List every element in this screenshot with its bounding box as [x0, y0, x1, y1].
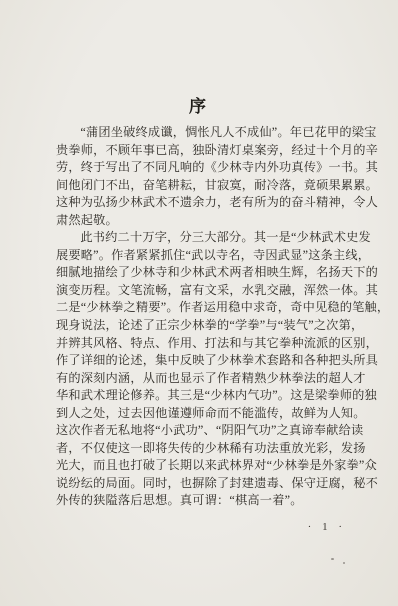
- scan-speck: [343, 562, 345, 564]
- text-line: 到人之处，过去因他谨遵师命而不能滥传，故鲜为人知。: [56, 405, 346, 423]
- text-line: 肃然起敬。: [56, 212, 346, 230]
- text-line: 细腻地描绘了少林寺和少林武术两者相映生辉，名扬天下的: [56, 264, 346, 282]
- scan-speck: [229, 233, 231, 235]
- text-line: 二是“少林拳之精要”。作者运用稳中求奇，奇中见稳的笔触，: [56, 299, 346, 317]
- text-line: 光大，而且也打破了长期以来武林界对“少林拳是外家拳”众: [56, 457, 346, 475]
- paragraph: 此书约二十万字，分三大部分。其一是“少林武术史发展要略”。作者紧紧抓住“武以寺名…: [56, 229, 346, 510]
- text-line: 有的深刻内涵，从而也显示了作者精熟少林拳法的超人才: [56, 370, 346, 388]
- text-line: 间他闭门不出，奋笔耕耘，甘寂寞，耐冷落，竟硕果累累。: [56, 177, 346, 195]
- text-line: 者，不仅使这一即将失传的少林稀有功法重放光彩，发扬: [56, 440, 346, 458]
- paragraph: “蒲团坐破终成谶，惆怅凡人不成仙”。年已花甲的梁宝贵拳师，不顾年事已高，独卧清灯…: [56, 124, 346, 229]
- text-line: 说纷纭的局面。同时，也摒除了封建遗毒、保守迂腐，秘不: [56, 475, 346, 493]
- text-line: 劳，终于写出了不同凡响的《少林寺内外功真传》一书。其: [56, 159, 346, 177]
- text-line: 并辨其风格、特点、作用、打法和与其它拳种流派的区别，: [56, 335, 346, 353]
- page-title: 序: [0, 92, 398, 117]
- text-line: “蒲团坐破终成谶，惆怅凡人不成仙”。年已花甲的梁宝: [56, 124, 346, 142]
- text-line: 此书约二十万字，分三大部分。其一是“少林武术史发: [56, 229, 346, 247]
- text-line: 华和武术理论修养。其三是“少林内气功”。这是梁拳师的独: [56, 387, 346, 405]
- text-line: 作了详细的论述，集中反映了少林拳术套路和各种把头所具: [56, 352, 346, 370]
- text-line: 外传的狭隘落后思想。真可谓：“棋高一着”。: [56, 492, 346, 510]
- scan-speck: [331, 558, 334, 560]
- page-number: · 1 ·: [308, 521, 346, 533]
- text-line: 现身说法，论述了正宗少林拳的“学拳”与“装气”之次第，: [56, 317, 346, 335]
- text-line: 贵拳师，不顾年事已高，独卧清灯桌案旁，经过十个月的辛: [56, 142, 346, 160]
- body-text: “蒲团坐破终成谶，惆怅凡人不成仙”。年已花甲的梁宝贵拳师，不顾年事已高，独卧清灯…: [56, 124, 346, 510]
- text-line: 这次作者无私地将“小武功”、“阴阳气功”之真谛奉献给读: [56, 422, 346, 440]
- text-line: 演变历程。文笔流畅，富有文采，水乳交融，浑然一体。其: [56, 282, 346, 300]
- text-line: 这种为弘扬少林武术不遗余力，老有所为的奋斗精神，令人: [56, 194, 346, 212]
- text-line: 展要略”。作者紧紧抓住“武以寺名，寺因武显”这条主线，: [56, 247, 346, 265]
- scanned-book-page: 序 “蒲团坐破终成谶，惆怅凡人不成仙”。年已花甲的梁宝贵拳师，不顾年事已高，独卧…: [0, 0, 398, 606]
